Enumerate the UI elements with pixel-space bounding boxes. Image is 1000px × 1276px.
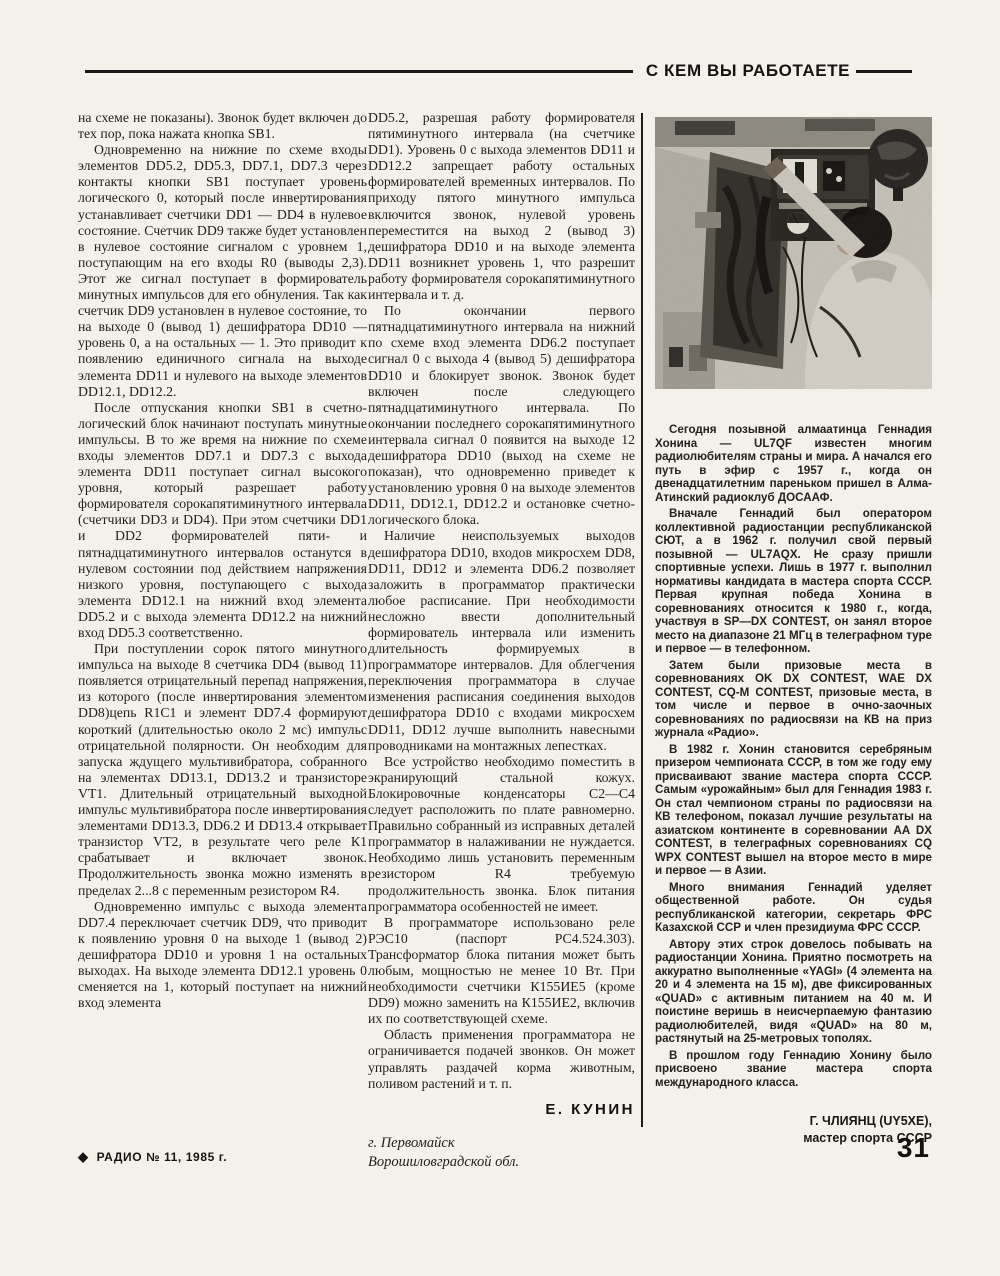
article-paragraph: Одновременно импульс с выхода элемента D… [78, 899, 367, 1012]
column-divider-rule [641, 113, 643, 1127]
diamond-icon: ◆ [78, 1149, 89, 1164]
profile-paragraph: В 1982 г. Хонин становится серебряным пр… [655, 743, 932, 878]
article-paragraph: После отпускания кнопки SB1 в счетно-лог… [78, 400, 367, 641]
header-rule-long [85, 70, 633, 73]
article-author-location: г. Первомайск Ворошиловградской обл. [368, 1134, 635, 1172]
profile-paragraph: В прошлом году Геннадию Хонину было прис… [655, 1049, 932, 1090]
header-rule-short [856, 70, 912, 73]
magazine-page: { "header": { "rubric": "С КЕМ ВЫ РАБОТА… [0, 0, 1000, 1276]
article-paragraph: DD5.2, разрешая работу формирователя пят… [368, 110, 635, 303]
profile-paragraph: Много внимания Геннадий уделяет обществе… [655, 881, 932, 935]
profile-column: Сегодня позывной алмаатинца Геннадия Хон… [655, 117, 932, 1147]
page-number: 31 [830, 1132, 930, 1164]
journal-issue-label: РАДИО № 11, 1985 г. [97, 1150, 228, 1164]
article-paragraph: Область применения программатора не огра… [368, 1027, 635, 1091]
profile-paragraph: Автору этих строк довелось побывать на р… [655, 938, 932, 1046]
radio-operator-photo [655, 117, 932, 389]
location-region: Ворошиловградской обл. [368, 1153, 635, 1172]
journal-imprint: ◆РАДИО № 11, 1985 г. [78, 1149, 227, 1165]
article-paragraph: на схеме не показаны). Звонок будет вклю… [78, 110, 367, 142]
profile-text: Сегодня позывной алмаатинца Геннадия Хон… [655, 423, 932, 1089]
article-paragraph: По окончании первого пятнадцатиминутного… [368, 303, 635, 528]
profile-paragraph: Вначале Геннадий был оператором коллекти… [655, 507, 932, 656]
article-column-middle: DD5.2, разрешая работу формирователя пят… [368, 110, 635, 1172]
byline-name: Г. ЧЛИЯНЦ (UY5XE), [655, 1113, 932, 1130]
rubric-title: С КЕМ ВЫ РАБОТАЕТЕ [645, 61, 851, 81]
article-paragraph: Одновременно на нижние по схеме входы эл… [78, 142, 367, 400]
location-city: г. Первомайск [368, 1134, 635, 1153]
article-author: Е. КУНИН [368, 1102, 635, 1118]
article-paragraph: Наличие неиспользуемых выходов дешифрато… [368, 528, 635, 753]
article-paragraph: В программаторе использовано реле РЭС10 … [368, 915, 635, 1028]
profile-paragraph: Сегодня позывной алмаатинца Геннадия Хон… [655, 423, 932, 504]
article-column-left: на схеме не показаны). Звонок будет вклю… [78, 110, 367, 1011]
article-paragraph: При поступлении сорок пятого минутного и… [78, 641, 367, 899]
profile-paragraph: Затем были призовые места в соревнования… [655, 659, 932, 740]
article-paragraph: Все устройство необходимо поместить в эк… [368, 754, 635, 915]
